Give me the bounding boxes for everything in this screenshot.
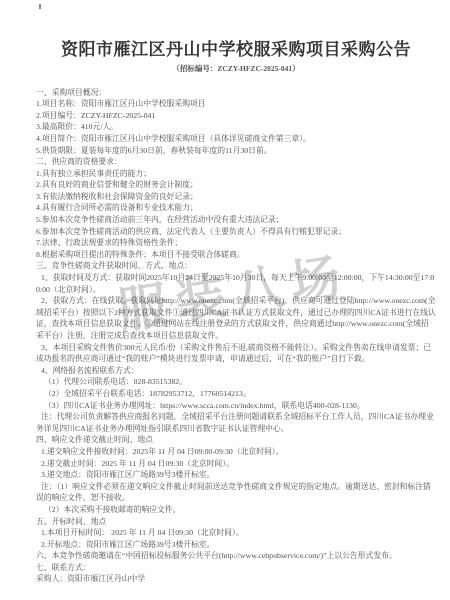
announcement-page: 服装八场 资阳市雁江区丹山中学校服采购项目采购公告 （招标编号：ZCZY-HFZ… (0, 0, 450, 600)
doc-line: 4.具有履行合同所必需的设备和专业技术能力； (36, 202, 436, 214)
doc-line: 5.参加本次竞争性磋商活动前三年内，在经营活动中没有重大违法记录； (36, 214, 436, 226)
doc-line: 3.有依法缴纳税收和社会保障资金的良好记录； (36, 191, 436, 203)
document-body: 资阳市雁江区丹山中学校服采购项目采购公告 （招标编号：ZCZY-HFZC-202… (36, 40, 436, 585)
doc-line: 注：代理公司负责解答供应商报名问题，全域招采平台注册问题请联系全域招标平台工作人… (36, 411, 436, 434)
page-title: 资阳市雁江区丹山中学校服采购项目采购公告 (36, 40, 436, 60)
doc-line: 注：（1）响应文件必须在递交响应文件截止时间前送达竞争性磋商文件规定的指定地点。… (36, 481, 436, 504)
doc-line: （2）全域招采平台联系电话：18782953712、17760514213。 (36, 388, 436, 400)
doc-line: （3）四川CA证书业务办理网址：https://www.scca.com.cn/… (36, 400, 436, 412)
doc-line: 采购人：资阳市雁江区丹山中学 (36, 573, 436, 585)
doc-line: 6.参加本次竞争性磋商活动的供应商、法定代表人（主要负责人）不得具有行贿犯罪记录… (36, 226, 436, 238)
doc-line: 7.法律、行政法规要求的特殊资格性条件； (36, 237, 436, 249)
doc-line: 5.供货期限：夏装每年度的6月30日前，春秋装每年度的11月30日前。 (36, 145, 436, 157)
tender-number-subtitle: （招标编号：ZCZY-HFZC-2025-041） (36, 63, 436, 74)
section-heading: 二、供应商的资格要求： (36, 156, 436, 168)
doc-line: 2.递交截止时间：2025 年 11 月 04 日09:30（北京时间）。 (36, 458, 436, 470)
doc-line: 1.本项目开标时间： 2025 年 11 月 04 日09:30（北京时间）。 (36, 527, 436, 539)
doc-line: 2、获取方式：在线获取。获取网址http://www.onezc.com(全域招… (36, 295, 436, 341)
doc-line: 8.根据采购项目提出的特殊条件；本项目不接受联合体磋商。 (36, 249, 436, 261)
section-heading: 六、本竞争性磋商邀请在“中国招标投标服务公共平台(http://www.cebp… (36, 550, 436, 562)
doc-line: 3、本项目采购文件售价300元人民币/份（采购文件售后不退,磋商资格不能转让）。… (36, 342, 436, 365)
doc-line: 2.开标地点：资阳市雁江区广场路39号3楼开标室。 (36, 539, 436, 551)
doc-line: 1、获取时间及方式：获取时间2025年10月24日至2025年10月30日，每天… (36, 272, 436, 295)
doc-line: 1.具有独立承担民事责任的能力； (36, 168, 436, 180)
section-heading: 一、采购项目概况： (36, 87, 436, 99)
doc-line: 4、网络报名流程联系方式： (36, 365, 436, 377)
section-heading: 七、联系方式： (36, 562, 436, 574)
doc-line: 2.具有良好的商业信誉和健全的财务会计制度； (36, 179, 436, 191)
doc-line: 3.最高限价：410元/人。 (36, 121, 436, 133)
doc-line: 1.递交响应文件接收时间：2025年 11 月 04 日09:00-09:30（… (36, 446, 436, 458)
doc-line: 4.项目简介：资阳市雁江区丹山中学校服采购项目（具体详见磋商文件第三章）。 (36, 133, 436, 145)
doc-line: 2.项目编号：ZCZY-HFZC-2025-041 (36, 110, 436, 122)
section-heading: 五、开标时间、地点 (36, 516, 436, 528)
doc-line: 1.项目名称：资阳市雁江区丹山中学校服采购项目 (36, 98, 436, 110)
scan-artifact-mark (39, 4, 41, 9)
doc-line: 3.递交地点：资阳市雁江区广场路39号3楼开标室。 (36, 469, 436, 481)
announcement-text: 一、采购项目概况： 1.项目名称：资阳市雁江区丹山中学校服采购项目 2.项目编号… (36, 87, 436, 586)
section-heading: 四、响应文件递交截止时间、地点 (36, 434, 436, 446)
doc-line: （2）本次采购不接收邮寄的响应文件。 (36, 504, 436, 516)
doc-line: （1）代理公司联系电话：028-83515382。 (36, 376, 436, 388)
section-heading: 三、竞争性磋商文件获取时间、方式、地点： (36, 260, 436, 272)
